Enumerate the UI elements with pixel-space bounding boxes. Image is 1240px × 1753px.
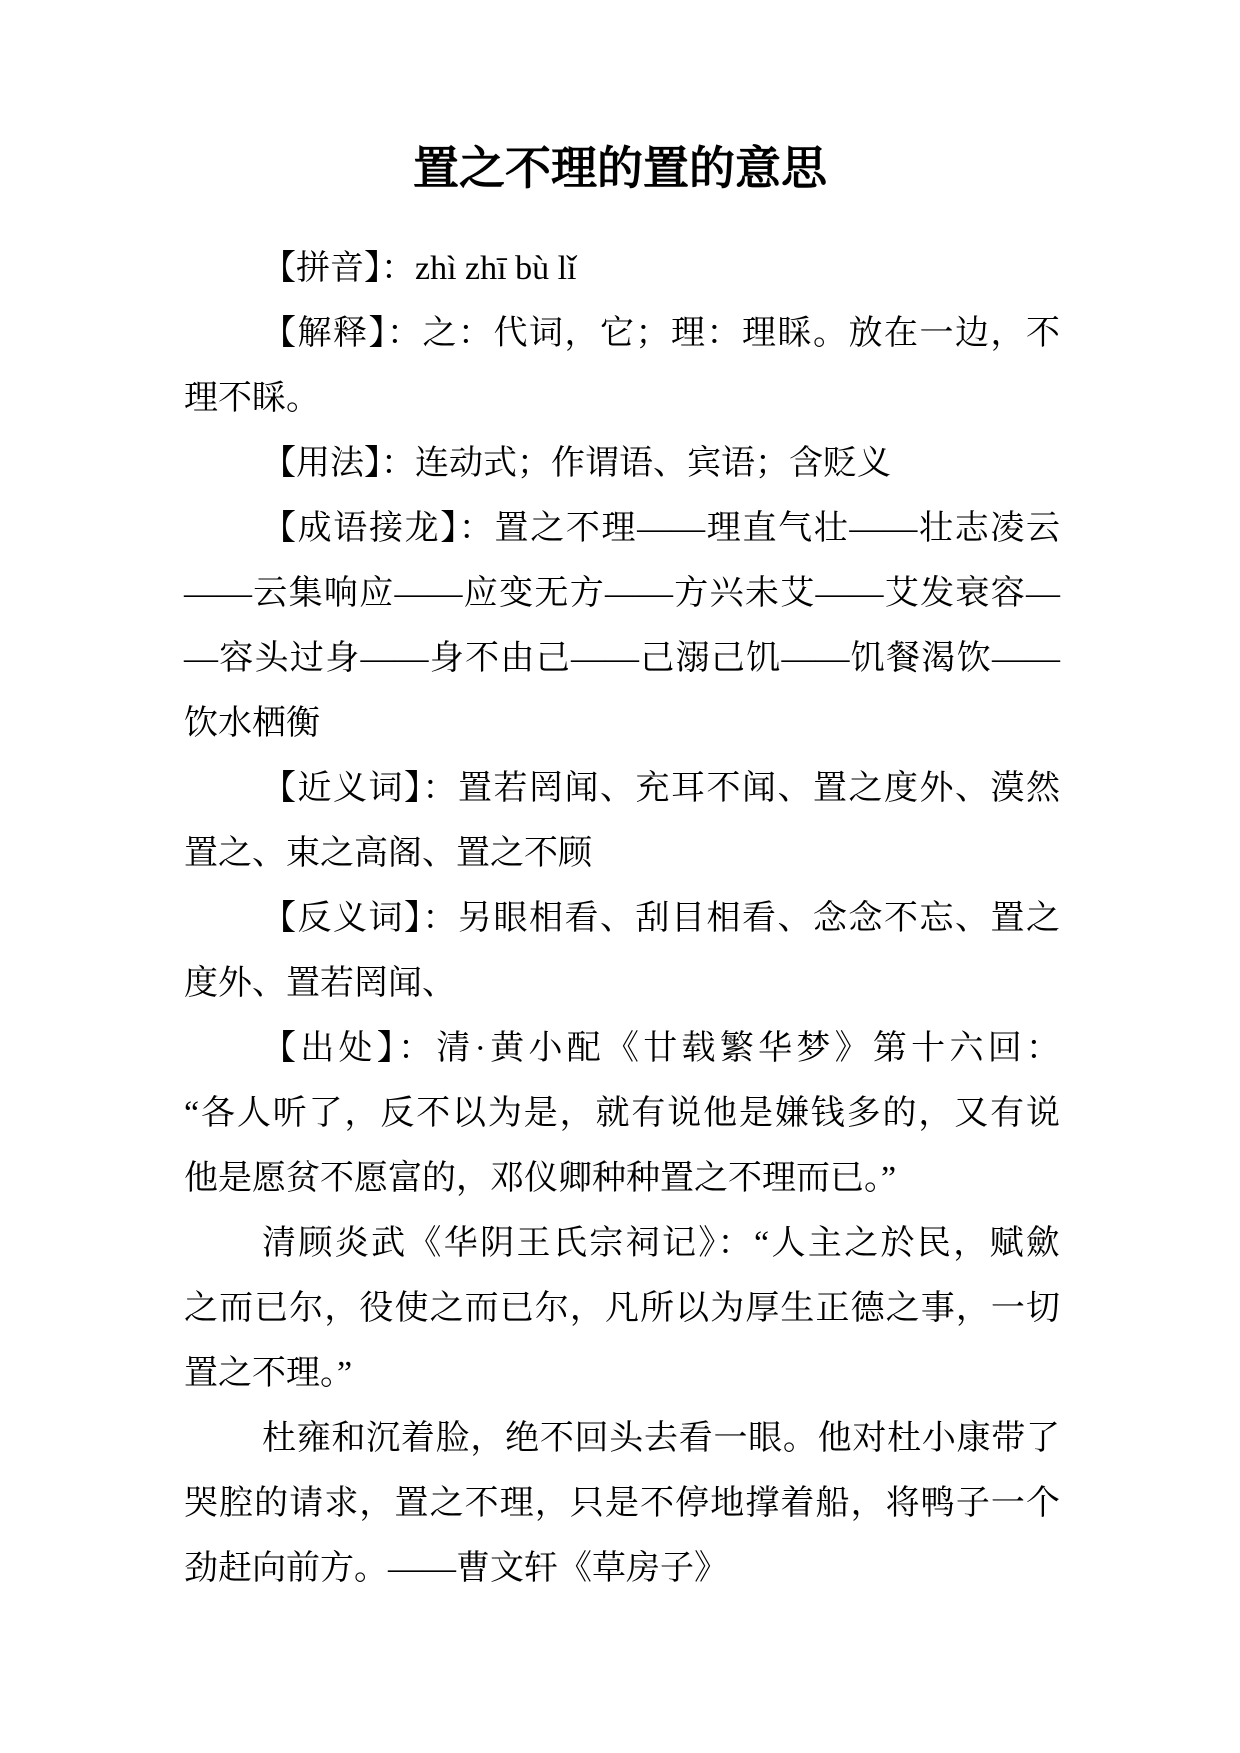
text-line: 【出处】：清·黄小配《廿载繁华梦》第十六回： bbox=[184, 1016, 1060, 1081]
page: 置之不理的置的意思 【拼音】：zhì zhī bù lǐ【解释】：之：代词，它；… bbox=[0, 0, 1240, 1753]
paragraph-synonyms: 【近义词】：置若罔闻、充耳不闻、置之度外、漠然置之、束之高阁、置之不顾 bbox=[184, 756, 1060, 886]
paragraph-pinyin: 【拼音】：zhì zhī bù lǐ bbox=[184, 236, 1060, 301]
text-line: 之而已尔，役使之而已尔，凡所以为厚生正德之事，一切 bbox=[184, 1276, 1060, 1341]
text-line: 理不睬。 bbox=[184, 366, 1060, 431]
text-line: 【反义词】：另眼相看、刮目相看、念念不忘、置之 bbox=[184, 886, 1060, 951]
paragraph-quote-caowenxuan: 杜雍和沉着脸，绝不回头去看一眼。他对杜小康带了哭腔的请求，置之不理，只是不停地撑… bbox=[184, 1406, 1060, 1601]
text-line: ——云集响应——应变无方——方兴未艾——艾发衰容— bbox=[184, 561, 1060, 626]
text-line: 【近义词】：置若罔闻、充耳不闻、置之度外、漠然 bbox=[184, 756, 1060, 821]
text-line: 【拼音】：zhì zhī bù lǐ bbox=[184, 236, 1060, 301]
text-line: 【解释】：之：代词，它；理：理睬。放在一边，不 bbox=[184, 301, 1060, 366]
text-line: 饮水栖衡 bbox=[184, 691, 1060, 756]
text-line: 哭腔的请求，置之不理，只是不停地撑着船，将鸭子一个 bbox=[184, 1471, 1060, 1536]
text-line: 清顾炎武《华阴王氏宗祠记》：“人主之於民，赋歛 bbox=[184, 1211, 1060, 1276]
paragraph-quote-guyanwu: 清顾炎武《华阴王氏宗祠记》：“人主之於民，赋歛之而已尔，役使之而已尔，凡所以为厚… bbox=[184, 1211, 1060, 1406]
text-line: 置之不理。” bbox=[184, 1341, 1060, 1406]
paragraph-idiom-chain: 【成语接龙】：置之不理——理直气壮——壮志凌云——云集响应——应变无方——方兴未… bbox=[184, 496, 1060, 756]
text-line: 【用法】：连动式；作谓语、宾语；含贬义 bbox=[184, 431, 1060, 496]
text-line: 杜雍和沉着脸，绝不回头去看一眼。他对杜小康带了 bbox=[184, 1406, 1060, 1471]
text-line: 度外、置若罔闻、 bbox=[184, 951, 1060, 1016]
text-line: “各人听了，反不以为是，就有说他是嫌钱多的，又有说 bbox=[184, 1081, 1060, 1146]
document-body: 【拼音】：zhì zhī bù lǐ【解释】：之：代词，它；理：理睬。放在一边，… bbox=[184, 236, 1060, 1601]
text-line: —容头过身——身不由己——己溺己饥——饥餐渴饮—— bbox=[184, 626, 1060, 691]
text-line: 置之、束之高阁、置之不顾 bbox=[184, 821, 1060, 886]
text-line: 他是愿贫不愿富的，邓仪卿种种置之不理而已。” bbox=[184, 1146, 1060, 1211]
document-title: 置之不理的置的意思 bbox=[0, 0, 1240, 200]
text-line: 【成语接龙】：置之不理——理直气壮——壮志凌云 bbox=[184, 496, 1060, 561]
text-line: 劲赶向前方。——曹文轩《草房子》 bbox=[184, 1536, 1060, 1601]
paragraph-explanation: 【解释】：之：代词，它；理：理睬。放在一边，不理不睬。 bbox=[184, 301, 1060, 431]
paragraph-antonyms: 【反义词】：另眼相看、刮目相看、念念不忘、置之度外、置若罔闻、 bbox=[184, 886, 1060, 1016]
paragraph-source: 【出处】：清·黄小配《廿载繁华梦》第十六回：“各人听了，反不以为是，就有说他是嫌… bbox=[184, 1016, 1060, 1211]
paragraph-usage: 【用法】：连动式；作谓语、宾语；含贬义 bbox=[184, 431, 1060, 496]
